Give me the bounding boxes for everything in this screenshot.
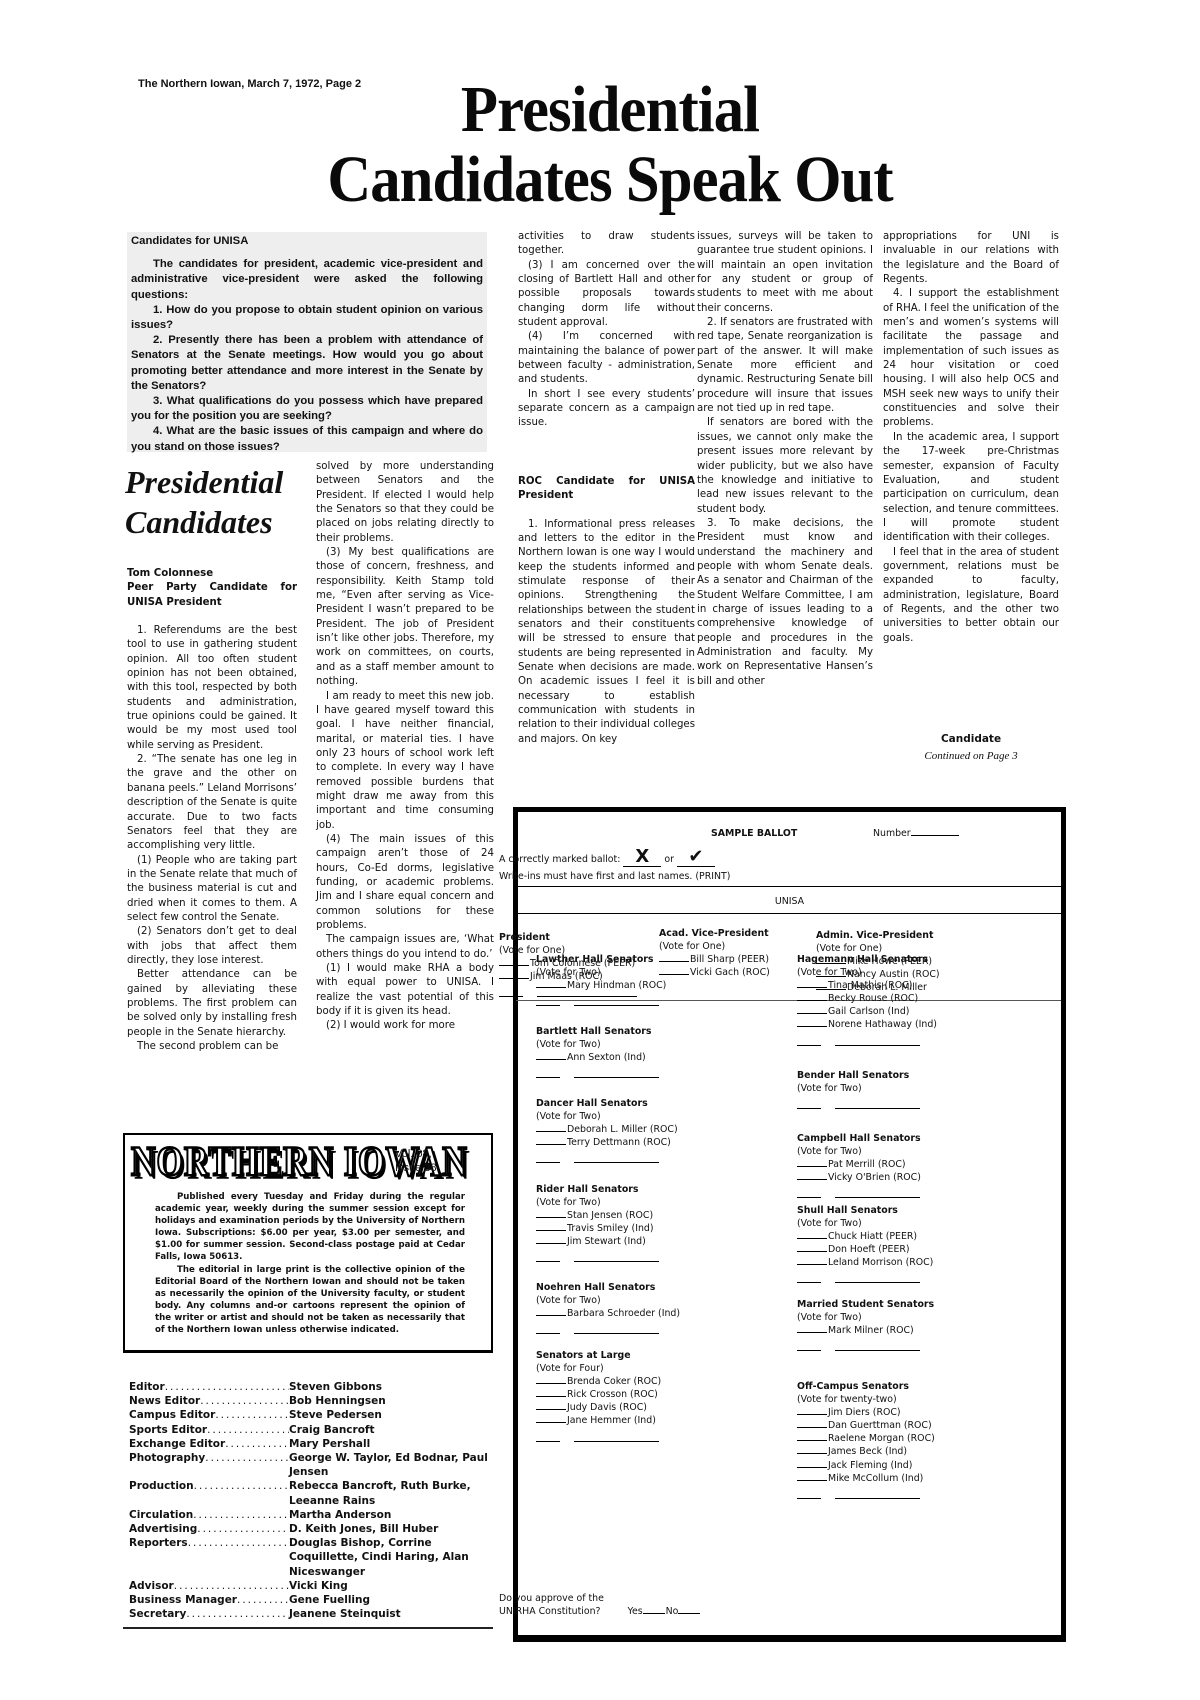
vote-instruction: (Vote for Two) bbox=[797, 1082, 1017, 1095]
headline-line-1: Presidential bbox=[297, 75, 923, 145]
vote-instruction: (Vote for Two) bbox=[797, 1217, 1017, 1230]
vote-blank[interactable] bbox=[797, 1179, 827, 1180]
vote-blank[interactable] bbox=[536, 1409, 566, 1410]
senate-section: Bartlett Hall Senators(Vote for Two)Ann … bbox=[536, 1025, 756, 1078]
leader-dots: ........................................ bbox=[188, 1536, 289, 1579]
staff-names: Steve Pedersen bbox=[289, 1408, 489, 1422]
staff-names: Craig Bancroft bbox=[289, 1423, 489, 1437]
candidate-name: Ann Sexton (Ind) bbox=[567, 1052, 646, 1063]
paragraph: (3) My best qualifications are those of … bbox=[316, 546, 494, 689]
leader-dots: ........................................ bbox=[237, 1593, 289, 1607]
paragraph: 1. Informational press releases and lett… bbox=[518, 518, 695, 748]
paragraph: (3) I am concerned over the closing of B… bbox=[518, 259, 695, 331]
vote-instruction: (Vote for Two) bbox=[536, 966, 756, 979]
paragraph: The campaign issues are, ‘What others th… bbox=[316, 933, 494, 962]
staff-row: Editor..................................… bbox=[123, 1380, 493, 1394]
senate-section: Dancer Hall Senators(Vote for Two)Debora… bbox=[536, 1097, 756, 1163]
article-column-2: solved by more understanding between Sen… bbox=[316, 460, 494, 1034]
staff-row: Advisor.................................… bbox=[123, 1579, 493, 1593]
constitution-line-2: UNIRHA Constitution? YesNo bbox=[499, 1605, 819, 1618]
paragraph: 1. Referendums are the best tool to use … bbox=[127, 624, 297, 753]
marked-label: A correctly marked ballot: bbox=[499, 854, 620, 865]
senate-section: Lawther Hall Senators(Vote for Two)Mary … bbox=[536, 953, 756, 1006]
staff-role: Reporters...............................… bbox=[123, 1536, 289, 1579]
constitution-question: Do you approve of the UNIRHA Constitutio… bbox=[499, 1592, 819, 1618]
ballot-candidate: Terry Dettmann (ROC) bbox=[536, 1136, 756, 1149]
write-in[interactable] bbox=[536, 1332, 756, 1334]
candidate-name: Deborah L. Miller (ROC) bbox=[567, 1124, 678, 1135]
senate-section: Hagemann Hall Senators(Vote for Two)Tina… bbox=[797, 953, 1017, 1046]
vote-blank[interactable] bbox=[797, 1440, 827, 1441]
staff-row: Secretary...............................… bbox=[123, 1607, 493, 1621]
section-title: Rider Hall Senators bbox=[536, 1183, 756, 1196]
senate-section: Married Student Senators(Vote for Two)Ma… bbox=[797, 1298, 1017, 1351]
ballot-candidate: Deborah L. Miller (ROC) bbox=[536, 1123, 756, 1136]
question: 1. How do you propose to obtain student … bbox=[131, 303, 483, 333]
paragraph: (4) The main issues of this campaign are… bbox=[316, 833, 494, 933]
section-title: Campbell Hall Senators bbox=[797, 1132, 1017, 1145]
candidate-title: Peer Party Candidate for UNISA President bbox=[127, 582, 297, 607]
role-label: Photography bbox=[129, 1451, 205, 1479]
vote-blank[interactable] bbox=[797, 1013, 827, 1014]
write-in[interactable] bbox=[536, 1076, 756, 1078]
candidate-name: Jack Fleming (Ind) bbox=[828, 1460, 912, 1471]
vote-blank[interactable] bbox=[536, 1131, 566, 1132]
staff-role: News Editor.............................… bbox=[123, 1394, 289, 1408]
vote-blank[interactable] bbox=[536, 1315, 566, 1316]
constitution-line-1: Do you approve of the bbox=[499, 1592, 819, 1605]
staff-role: Circulation.............................… bbox=[123, 1508, 289, 1522]
candidate-name: Leland Morrison (ROC) bbox=[828, 1257, 933, 1268]
section-head-line-2: Candidates bbox=[125, 502, 305, 542]
leader-dots: ........................................ bbox=[215, 1408, 289, 1422]
role-label: Exchange Editor bbox=[129, 1437, 225, 1451]
vote-blank[interactable] bbox=[797, 1332, 827, 1333]
writein-note: Write-ins must have first and last names… bbox=[499, 870, 730, 883]
vote-blank[interactable] bbox=[499, 978, 529, 979]
leader-dots: ........................................ bbox=[197, 1522, 289, 1536]
staff-names: Douglas Bishop, Corrine Coquillette, Cin… bbox=[289, 1536, 489, 1579]
staff-row: News Editor.............................… bbox=[123, 1394, 493, 1408]
vote-instruction: (Vote for twenty-two) bbox=[797, 1393, 1017, 1406]
candidate-name: Dan Guerttman (ROC) bbox=[828, 1420, 932, 1431]
ballot-candidate: Gail Carlson (Ind) bbox=[797, 1005, 1017, 1018]
issue-number: Issue 38 bbox=[395, 1161, 437, 1175]
staff-names: Steven Gibbons bbox=[289, 1380, 489, 1394]
ballot-candidate: James Beck (Ind) bbox=[797, 1445, 1017, 1458]
unisa-heading: UNISA bbox=[518, 895, 1061, 908]
staff-role: Advisor.................................… bbox=[123, 1579, 289, 1593]
role-label: Reporters bbox=[129, 1536, 188, 1579]
yes-field[interactable] bbox=[643, 1613, 665, 1614]
paragraph: (2) I would work for more bbox=[316, 1019, 494, 1033]
ballot-candidate: Ann Sexton (Ind) bbox=[536, 1051, 756, 1064]
staff-names: Mary Pershall bbox=[289, 1437, 489, 1451]
ballot-candidate: Tina Mathis (ROC) bbox=[797, 979, 1017, 992]
vote-blank[interactable] bbox=[797, 1427, 827, 1428]
question: 4. What are the basic issues of this cam… bbox=[131, 424, 483, 454]
paragraph: In short I see every students’ separate … bbox=[518, 388, 695, 431]
section-title: Noehren Hall Senators bbox=[536, 1281, 756, 1294]
write-in[interactable] bbox=[797, 1107, 1017, 1109]
section-title: Shull Hall Senators bbox=[797, 1204, 1017, 1217]
candidate-name: James Beck (Ind) bbox=[828, 1446, 907, 1457]
staff-box: Editor..................................… bbox=[123, 1380, 493, 1629]
ballot-candidate: Mark Milner (ROC) bbox=[797, 1324, 1017, 1337]
leader-dots: ........................................ bbox=[165, 1380, 289, 1394]
question: 2. Presently there has been a problem wi… bbox=[131, 333, 483, 394]
vote-blank[interactable] bbox=[797, 1238, 827, 1239]
write-in[interactable] bbox=[536, 1004, 756, 1006]
candidate-name: Travis Smiley (Ind) bbox=[567, 1223, 654, 1234]
vote-blank[interactable] bbox=[536, 1396, 566, 1397]
paragraph: 3. To make decisions, the President must… bbox=[697, 517, 873, 689]
publication-notice: Published every Tuesday and Friday durin… bbox=[155, 1191, 465, 1336]
ballot-candidate: Stan Jensen (ROC) bbox=[536, 1209, 756, 1222]
write-in[interactable] bbox=[536, 1260, 756, 1262]
senate-section: Campbell Hall Senators(Vote for Two)Pat … bbox=[797, 1132, 1017, 1198]
candidate-name: Stan Jensen (ROC) bbox=[567, 1210, 653, 1221]
vote-blank[interactable] bbox=[797, 1264, 827, 1265]
paragraph: (1) I would make RHA a body with equal p… bbox=[316, 962, 494, 1019]
continued-link[interactable]: Continued on Page 3 bbox=[883, 750, 1059, 762]
role-label: Sports Editor bbox=[129, 1423, 207, 1437]
candidate-name: Barbara Schroeder (Ind) bbox=[567, 1308, 680, 1319]
staff-names: Jeanene Steinquist bbox=[289, 1607, 489, 1621]
candidate-name: Becky Rouse (ROC) bbox=[828, 993, 918, 1004]
paragraph: solved by more understanding between Sen… bbox=[316, 460, 494, 546]
role-label: Advisor bbox=[129, 1579, 174, 1593]
byline: ROC Candidate for UNISA President bbox=[518, 475, 695, 504]
staff-role: Sports Editor...........................… bbox=[123, 1423, 289, 1437]
vote-blank[interactable] bbox=[797, 1000, 827, 1001]
senate-section: Shull Hall Senators(Vote for Two)Chuck H… bbox=[797, 1204, 1017, 1283]
staff-role: Exchange Editor.........................… bbox=[123, 1437, 289, 1451]
section-title: Senators at Large bbox=[536, 1349, 756, 1362]
ballot-candidate: Norene Hathaway (Ind) bbox=[797, 1018, 1017, 1031]
role-label: Advertising bbox=[129, 1522, 197, 1536]
candidate-name: Rick Crosson (ROC) bbox=[567, 1389, 658, 1400]
staff-role: Business Manager........................… bbox=[123, 1593, 289, 1607]
write-in[interactable] bbox=[536, 1440, 756, 1442]
vote-blank[interactable] bbox=[797, 987, 827, 988]
leader-dots: ........................................ bbox=[186, 1607, 289, 1621]
paragraph: (4) I’m concerned with maintaining the b… bbox=[518, 330, 695, 387]
number-label: Number bbox=[873, 828, 911, 839]
senate-section: Senators at Large(Vote for Four)Brenda C… bbox=[536, 1349, 756, 1442]
vote-blank[interactable] bbox=[536, 1383, 566, 1384]
candidate-name: Jane Hemmer (Ind) bbox=[567, 1415, 656, 1426]
paragraph: appropriations for UNI is invaluable in … bbox=[883, 230, 1059, 287]
ballot-candidate: Jim Stewart (Ind) bbox=[536, 1235, 756, 1248]
vote-instruction: (Vote for Two) bbox=[536, 1038, 756, 1051]
ballot-candidate: Leland Morrison (ROC) bbox=[797, 1256, 1017, 1269]
leader-dots: ........................................ bbox=[225, 1437, 289, 1451]
volume-info: Vol. 68, Issue 38 bbox=[395, 1147, 437, 1175]
vote-blank[interactable] bbox=[797, 1453, 827, 1454]
senate-section: Bender Hall Senators(Vote for Two) bbox=[797, 1069, 1017, 1109]
ballot-candidate: Judy Davis (ROC) bbox=[536, 1401, 756, 1414]
number-field[interactable] bbox=[911, 835, 959, 836]
paragraph: issues, surveys will be taken to guarant… bbox=[697, 230, 873, 316]
leader-dots: ........................................ bbox=[194, 1479, 289, 1507]
intro-box: Candidates for UNISA The candidates for … bbox=[127, 232, 487, 452]
candidate-name: Mark Milner (ROC) bbox=[828, 1325, 914, 1336]
section-head-line-1: Presidential bbox=[125, 462, 305, 502]
candidate-name: Vicky O'Brien (ROC) bbox=[828, 1172, 921, 1183]
vote-instruction: (Vote for Two) bbox=[536, 1196, 756, 1209]
paragraph: (2) Senators don’t get to deal with jobs… bbox=[127, 925, 297, 968]
role-label: Business Manager bbox=[129, 1593, 237, 1607]
ballot-candidate: Mary Hindman (ROC) bbox=[536, 979, 756, 992]
vote-blank[interactable] bbox=[536, 987, 566, 988]
x-mark-example: X bbox=[623, 850, 661, 867]
section-title: Bartlett Hall Senators bbox=[536, 1025, 756, 1038]
staff-role: Advertising.............................… bbox=[123, 1522, 289, 1536]
paragraph: Better attendance can be gained by allev… bbox=[127, 968, 297, 1040]
senate-section: Noehren Hall Senators(Vote for Two)Barba… bbox=[536, 1281, 756, 1334]
paragraph: I feel that in the area of student gover… bbox=[883, 546, 1059, 646]
staff-role: Photography.............................… bbox=[123, 1451, 289, 1479]
ballot-candidate: Don Hoeft (PEER) bbox=[797, 1243, 1017, 1256]
role-label: Secretary bbox=[129, 1607, 186, 1621]
ballot-candidate: Pat Merrill (ROC) bbox=[797, 1158, 1017, 1171]
leader-dots: ........................................ bbox=[205, 1451, 289, 1479]
jump-label: Candidate bbox=[883, 733, 1059, 745]
staff-names: Rebecca Bancroft, Ruth Burke, Leeanne Ra… bbox=[289, 1479, 489, 1507]
vote-blank[interactable] bbox=[536, 1243, 566, 1244]
ballot-title: SAMPLE BALLOT bbox=[711, 827, 797, 840]
section-title: Hagemann Hall Senators bbox=[797, 953, 1017, 966]
no-field[interactable] bbox=[678, 1613, 700, 1614]
staff-row: Sports Editor...........................… bbox=[123, 1423, 493, 1437]
candidate-name: Mike McCollum (Ind) bbox=[828, 1473, 923, 1484]
office-title: Admin. Vice-President bbox=[816, 929, 1036, 942]
ballot-candidate: Jane Hemmer (Ind) bbox=[536, 1414, 756, 1427]
role-label: Editor bbox=[129, 1380, 165, 1394]
vote-blank[interactable] bbox=[797, 1414, 827, 1415]
staff-role: Secretary...............................… bbox=[123, 1607, 289, 1621]
paragraph: If senators are bored with the issues, w… bbox=[697, 416, 873, 516]
leader-dots: ........................................ bbox=[174, 1579, 289, 1593]
staff-role: Editor..................................… bbox=[123, 1380, 289, 1394]
check-mark-example: ✔ bbox=[677, 850, 715, 867]
vote-blank[interactable] bbox=[797, 1480, 827, 1481]
candidate-name: Gail Carlson (Ind) bbox=[828, 1006, 909, 1017]
section-title: Bender Hall Senators bbox=[797, 1069, 1017, 1082]
candidate-name: Terry Dettmann (ROC) bbox=[567, 1137, 671, 1148]
candidate-name: Don Hoeft (PEER) bbox=[828, 1244, 910, 1255]
divider bbox=[516, 913, 1061, 914]
staff-names: Martha Anderson bbox=[289, 1508, 489, 1522]
marked-example: A correctly marked ballot: X or ✔ bbox=[499, 850, 715, 867]
role-label: Circulation bbox=[129, 1508, 193, 1522]
ballot-candidate: Becky Rouse (ROC) bbox=[797, 992, 1017, 1005]
staff-names: D. Keith Jones, Bill Huber bbox=[289, 1522, 489, 1536]
vote-instruction: (Vote for Two) bbox=[536, 1294, 756, 1307]
ballot-candidate: Jack Fleming (Ind) bbox=[797, 1459, 1017, 1472]
vote-instruction: (Vote for Four) bbox=[536, 1362, 756, 1375]
staff-row: Campus Editor...........................… bbox=[123, 1408, 493, 1422]
ballot-candidate: Travis Smiley (Ind) bbox=[536, 1222, 756, 1235]
sample-ballot: SAMPLE BALLOT Number A correctly marked … bbox=[513, 807, 1066, 1642]
ballot-candidate: Raelene Morgan (ROC) bbox=[797, 1432, 1017, 1445]
vote-instruction: (Vote for Two) bbox=[797, 1145, 1017, 1158]
write-in[interactable] bbox=[536, 1161, 756, 1163]
ballot-candidate: Jim Diers (ROC) bbox=[797, 1406, 1017, 1419]
staff-row: Photography.............................… bbox=[123, 1451, 493, 1479]
staff-names: Gene Fuelling bbox=[289, 1593, 489, 1607]
vote-blank[interactable] bbox=[536, 1217, 566, 1218]
ballot-candidate: Rick Crosson (ROC) bbox=[536, 1388, 756, 1401]
staff-names: George W. Taylor, Ed Bodnar, Paul Jensen bbox=[289, 1451, 489, 1479]
paragraph: activities to draw students together. bbox=[518, 230, 695, 259]
vote-blank[interactable] bbox=[499, 965, 529, 966]
staff-row: Circulation.............................… bbox=[123, 1508, 493, 1522]
vote-blank[interactable] bbox=[536, 1422, 566, 1423]
constitution-label: UNIRHA Constitution? bbox=[499, 1606, 601, 1617]
leader-dots: ........................................ bbox=[207, 1423, 289, 1437]
candidate-name: Jim Stewart (Ind) bbox=[567, 1236, 646, 1247]
paragraph: (1) People who are taking part in the Se… bbox=[127, 854, 297, 926]
disclaimer-text: The editorial in large print is the coll… bbox=[155, 1264, 465, 1337]
paragraph: The second problem can be bbox=[127, 1040, 297, 1054]
section-head: Presidential Candidates bbox=[125, 462, 305, 542]
question: 3. What qualifications do you possess wh… bbox=[131, 394, 483, 424]
section-title: Off-Campus Senators bbox=[797, 1380, 1017, 1393]
paragraph: I am ready to meet this new job. I have … bbox=[316, 690, 494, 833]
check-mark-icon: ✔ bbox=[688, 846, 703, 867]
publication-text: Published every Tuesday and Friday durin… bbox=[155, 1191, 465, 1264]
section-title: Lawther Hall Senators bbox=[536, 953, 756, 966]
write-in[interactable] bbox=[797, 1044, 1017, 1046]
vote-blank[interactable] bbox=[797, 1251, 827, 1252]
staff-role: Campus Editor...........................… bbox=[123, 1408, 289, 1422]
article-column-1: Tom Colonnese Peer Party Candidate for U… bbox=[127, 567, 297, 1054]
staff-row: Business Manager........................… bbox=[123, 1593, 493, 1607]
article-column-4: issues, surveys will be taken to guarant… bbox=[697, 230, 873, 689]
candidate-name: Mary Hindman (ROC) bbox=[567, 980, 666, 991]
ballot-number: Number bbox=[873, 827, 960, 840]
no-label: No bbox=[666, 1606, 679, 1617]
candidate-name: Tom Colonnese bbox=[127, 568, 213, 579]
ballot-candidate: Brenda Coker (ROC) bbox=[536, 1375, 756, 1388]
divider bbox=[516, 886, 1061, 887]
write-in[interactable] bbox=[797, 1196, 1017, 1198]
ballot-candidate: Barbara Schroeder (Ind) bbox=[536, 1307, 756, 1320]
candidate-name: Pat Merrill (ROC) bbox=[828, 1159, 906, 1170]
senate-section: Rider Hall Senators(Vote for Two)Stan Je… bbox=[536, 1183, 756, 1262]
candidate-name: Norene Hathaway (Ind) bbox=[828, 1019, 937, 1030]
leader-dots: ........................................ bbox=[193, 1508, 289, 1522]
staff-names: Bob Henningsen bbox=[289, 1394, 489, 1408]
role-label: Production bbox=[129, 1479, 194, 1507]
vote-blank[interactable] bbox=[536, 1059, 566, 1060]
paragraph: 2. If senators are frustrated with red t… bbox=[697, 316, 873, 416]
candidate-name: Judy Davis (ROC) bbox=[567, 1402, 647, 1413]
paragraph: 4. I support the establishment of RHA. I… bbox=[883, 287, 1059, 430]
yes-label: Yes bbox=[628, 1606, 643, 1617]
vote-instruction: (Vote for Two) bbox=[797, 1311, 1017, 1324]
candidate-name: Raelene Morgan (ROC) bbox=[828, 1433, 935, 1444]
article-column-3: activities to draw students together. (3… bbox=[518, 230, 695, 747]
senate-section: Off-Campus Senators(Vote for twenty-two)… bbox=[797, 1380, 1017, 1499]
section-title: Dancer Hall Senators bbox=[536, 1097, 756, 1110]
article-column-5: appropriations for UNI is invaluable in … bbox=[883, 230, 1059, 646]
intro-lead: The candidates for president, academic v… bbox=[131, 257, 483, 303]
write-in[interactable] bbox=[797, 1349, 1017, 1351]
x-mark-icon: X bbox=[635, 846, 649, 867]
write-in[interactable] bbox=[797, 1281, 1017, 1283]
vote-instruction: (Vote for Two) bbox=[536, 1110, 756, 1123]
role-label: Campus Editor bbox=[129, 1408, 215, 1422]
or-text: or bbox=[664, 854, 674, 865]
ballot-candidate: Vicky O'Brien (ROC) bbox=[797, 1171, 1017, 1184]
vote-blank[interactable] bbox=[797, 1166, 827, 1167]
vote-blank[interactable] bbox=[536, 1144, 566, 1145]
vote-blank[interactable] bbox=[536, 1230, 566, 1231]
staff-row: Exchange Editor.........................… bbox=[123, 1437, 493, 1451]
ballot-candidate: Dan Guerttman (ROC) bbox=[797, 1419, 1017, 1432]
vote-instruction: (Vote for Two) bbox=[797, 966, 1017, 979]
volume-number: Vol. 68, bbox=[395, 1147, 437, 1161]
headline-line-2: Candidates Speak Out bbox=[297, 145, 923, 215]
staff-row: Advertising.............................… bbox=[123, 1522, 493, 1536]
vote-blank[interactable] bbox=[797, 1026, 827, 1027]
masthead-box: NORTHERN IOWAN Vol. 68, Issue 38 Publish… bbox=[123, 1133, 493, 1353]
byline: Tom Colonnese Peer Party Candidate for U… bbox=[127, 567, 297, 610]
ballot-candidate: Chuck Hiatt (PEER) bbox=[797, 1230, 1017, 1243]
leader-dots: ........................................ bbox=[200, 1394, 289, 1408]
candidate-name: Tina Mathis (ROC) bbox=[828, 980, 912, 991]
role-label: News Editor bbox=[129, 1394, 200, 1408]
staff-names: Vicki King bbox=[289, 1579, 489, 1593]
intro-title: Candidates for UNISA bbox=[131, 234, 483, 249]
candidate-name: Brenda Coker (ROC) bbox=[567, 1376, 661, 1387]
headline: Presidential Candidates Speak Out bbox=[297, 75, 923, 215]
staff-row: Production..............................… bbox=[123, 1479, 493, 1507]
staff-row: Reporters...............................… bbox=[123, 1536, 493, 1579]
candidate-name: Chuck Hiatt (PEER) bbox=[828, 1231, 917, 1242]
vote-blank[interactable] bbox=[797, 1467, 827, 1468]
staff-role: Production..............................… bbox=[123, 1479, 289, 1507]
paragraph: 2. “The senate has one leg in the grave … bbox=[127, 753, 297, 853]
ballot-candidate: Mike McCollum (Ind) bbox=[797, 1472, 1017, 1485]
paragraph: In the academic area, I support the 17-w… bbox=[883, 431, 1059, 546]
candidate-name: Jim Diers (ROC) bbox=[828, 1407, 901, 1418]
section-title: Married Student Senators bbox=[797, 1298, 1017, 1311]
write-in[interactable] bbox=[797, 1497, 1017, 1499]
